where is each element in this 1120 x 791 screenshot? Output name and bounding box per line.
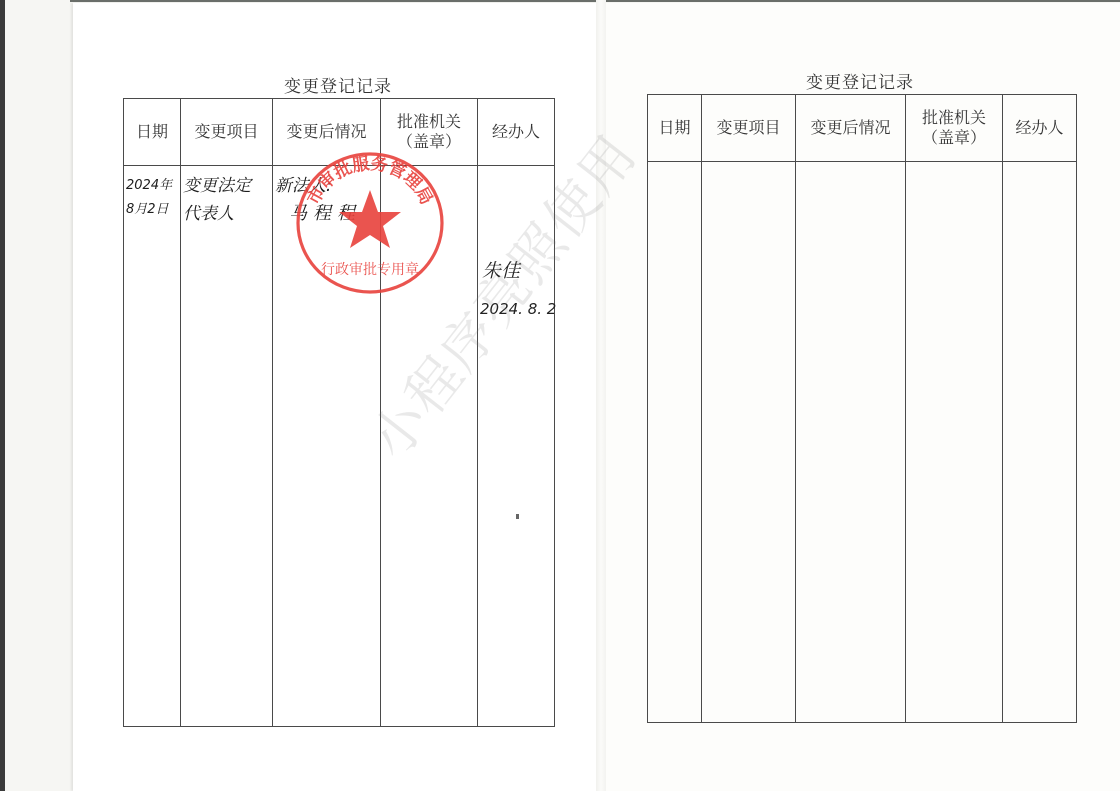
table-row-empty xyxy=(648,162,1077,723)
left-page-title: 变更登记记录 xyxy=(284,72,392,97)
right-change-record-table: 日期 变更项目 变更后情况 批准机关 （盖章） 经办人 xyxy=(647,94,1077,723)
table-header-row: 日期 变更项目 变更后情况 批准机关 （盖章） 经办人 xyxy=(648,95,1077,162)
cell-after-change xyxy=(796,162,906,723)
header-approval-line1: 批准机关 xyxy=(381,112,477,132)
cell-handler xyxy=(478,166,555,727)
header-approval-line2: （盖章） xyxy=(381,132,477,152)
cell-handler xyxy=(1003,162,1077,723)
header-approval-line1: 批准机关 xyxy=(906,108,1002,128)
book-gutter xyxy=(596,0,606,791)
handler-signature: 朱佳 xyxy=(482,256,520,283)
header-approval-authority: 批准机关 （盖章） xyxy=(906,95,1003,162)
stamp-star-icon xyxy=(339,190,401,248)
item-line1: 变更法定 xyxy=(181,166,272,200)
official-seal-stamp: 市审批服务管理局 行政审批专用章 xyxy=(293,150,447,296)
cell-approval xyxy=(906,162,1003,723)
cell-date xyxy=(648,162,702,723)
date-line2: 8月2日 xyxy=(124,200,180,220)
header-approval-line2: （盖章） xyxy=(906,128,1002,148)
stamp-inner-text: 行政审批专用章 xyxy=(321,261,419,278)
scan-edge xyxy=(0,0,5,791)
header-date: 日期 xyxy=(648,95,702,162)
header-date: 日期 xyxy=(124,99,181,166)
cell-date: 2024年 8月2日 xyxy=(124,166,181,727)
header-change-item: 变更项目 xyxy=(181,99,273,166)
header-after-change: 变更后情况 xyxy=(796,95,906,162)
date-line1: 2024年 xyxy=(124,166,180,200)
header-handler: 经办人 xyxy=(1003,95,1077,162)
cell-change-item xyxy=(702,162,796,723)
scan-speck xyxy=(516,514,519,519)
cell-change-item: 变更法定 代表人 xyxy=(181,166,273,727)
item-line2: 代表人 xyxy=(181,200,272,228)
header-handler: 经办人 xyxy=(478,99,555,166)
header-change-item: 变更项目 xyxy=(702,95,796,162)
right-page-title: 变更登记记录 xyxy=(806,68,914,93)
handler-sign-date: 2024. 8. 2 xyxy=(480,300,556,318)
scan-top-edge xyxy=(70,0,1120,2)
